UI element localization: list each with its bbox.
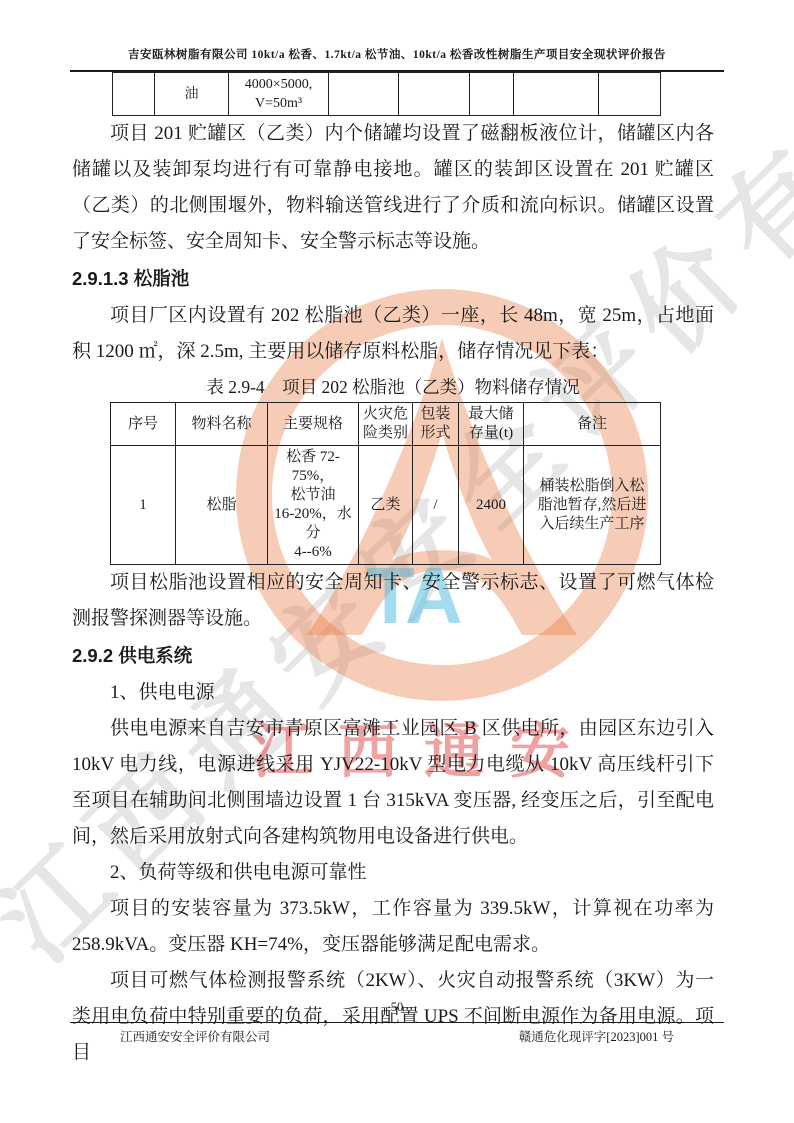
table-cell bbox=[470, 73, 514, 116]
page-footer: 江西通安安全评价有限公司 赣通危化现评字[2023]001 号 bbox=[120, 1027, 674, 1045]
continued-storage-table: 油 4000×5000, V=50m³ bbox=[112, 72, 661, 116]
footer-company: 江西通安安全评价有限公司 bbox=[120, 1027, 270, 1045]
table-cell bbox=[329, 73, 399, 116]
list-item-load-level: 2、负荷等级和供电电源可靠性 bbox=[72, 855, 714, 891]
paragraph-safety-signs: 项目松脂池设置相应的安全周知卡、安全警示标志、设置了可燃气体检测报警探测器等设施… bbox=[72, 565, 714, 637]
paragraph-capacity: 项目的安装容量为 373.5kW，工作容量为 339.5kW，计算视在功率为 2… bbox=[72, 891, 714, 963]
column-header: 物料名称 bbox=[176, 403, 268, 446]
column-header: 序号 bbox=[111, 403, 176, 446]
footer-rule bbox=[70, 1022, 724, 1023]
table-cell: 4000×5000, V=50m³ bbox=[229, 73, 329, 116]
content-area: 油 4000×5000, V=50m³ 项目 201 贮罐区（乙类）内个储罐均设… bbox=[72, 72, 714, 1071]
table-cell: 松脂 bbox=[176, 446, 268, 565]
paragraph-power-supply: 供电电源来自吉安市青原区富滩工业园区 B 区供电所，由园区东边引入 10kV 电… bbox=[72, 711, 714, 855]
column-header: 最大储存量(t) bbox=[459, 403, 524, 446]
page-number: 50 bbox=[0, 1000, 794, 1015]
table-cell bbox=[514, 73, 599, 116]
table-row: 1 松脂 松香 72-75%， 松节油 16-20%，水分 4--6% 乙类 /… bbox=[111, 446, 661, 565]
table-cell: 松香 72-75%， 松节油 16-20%，水分 4--6% bbox=[268, 446, 359, 565]
table-cell bbox=[399, 73, 470, 116]
heading-2-9-1-3: 2.9.1.3 松脂池 bbox=[72, 264, 714, 294]
column-header: 火灾危险类别 bbox=[359, 403, 413, 446]
table-cell: 2400 bbox=[459, 446, 524, 565]
header-title: 吉安瓯林树脂有限公司 10kt/a 松香、1.7kt/a 松节油、10kt/a … bbox=[72, 46, 722, 62]
paragraph-resin-pool: 项目厂区内设置有 202 松脂池（乙类）一座，长 48m，宽 25m，占地面积 … bbox=[72, 298, 714, 370]
table-caption: 表 2.9-4 项目 202 松脂池（乙类）物料储存情况 bbox=[72, 372, 714, 402]
document-page: 江西通安安全评价有限公司 TA 江西通安 吉安瓯林树脂有限公司 10kt/a 松… bbox=[0, 0, 794, 1123]
table-cell: / bbox=[413, 446, 459, 565]
table-cell: 油 bbox=[155, 73, 229, 116]
paragraph-tank-area: 项目 201 贮罐区（乙类）内个储罐均设置了磁翻板液位计，储罐区内各储罐以及装卸… bbox=[72, 116, 714, 260]
table-cell bbox=[599, 73, 661, 116]
table-cell: 乙类 bbox=[359, 446, 413, 565]
footer-doc-number: 赣通危化现评字[2023]001 号 bbox=[519, 1027, 674, 1045]
paragraph-ups: 项目可燃气体检测报警系统（2KW）、火灾自动报警系统（3KW）为一类用电负荷中特… bbox=[72, 963, 714, 1071]
table-row: 油 4000×5000, V=50m³ bbox=[113, 73, 661, 116]
table-header-row: 序号 物料名称 主要规格 火灾危险类别 包装形式 最大储存量(t) 备注 bbox=[111, 403, 661, 446]
list-item-power-source: 1、供电电源 bbox=[72, 675, 714, 711]
column-header: 主要规格 bbox=[268, 403, 359, 446]
table-cell: 桶装松脂倒入松 脂池暂存,然后进 入后续生产工序 bbox=[524, 446, 661, 565]
table-cell: 1 bbox=[111, 446, 176, 565]
resin-storage-table: 序号 物料名称 主要规格 火灾危险类别 包装形式 最大储存量(t) 备注 1 松… bbox=[110, 402, 661, 565]
column-header: 备注 bbox=[524, 403, 661, 446]
heading-2-9-2: 2.9.2 供电系统 bbox=[72, 641, 714, 671]
table-cell bbox=[113, 73, 155, 116]
column-header: 包装形式 bbox=[413, 403, 459, 446]
